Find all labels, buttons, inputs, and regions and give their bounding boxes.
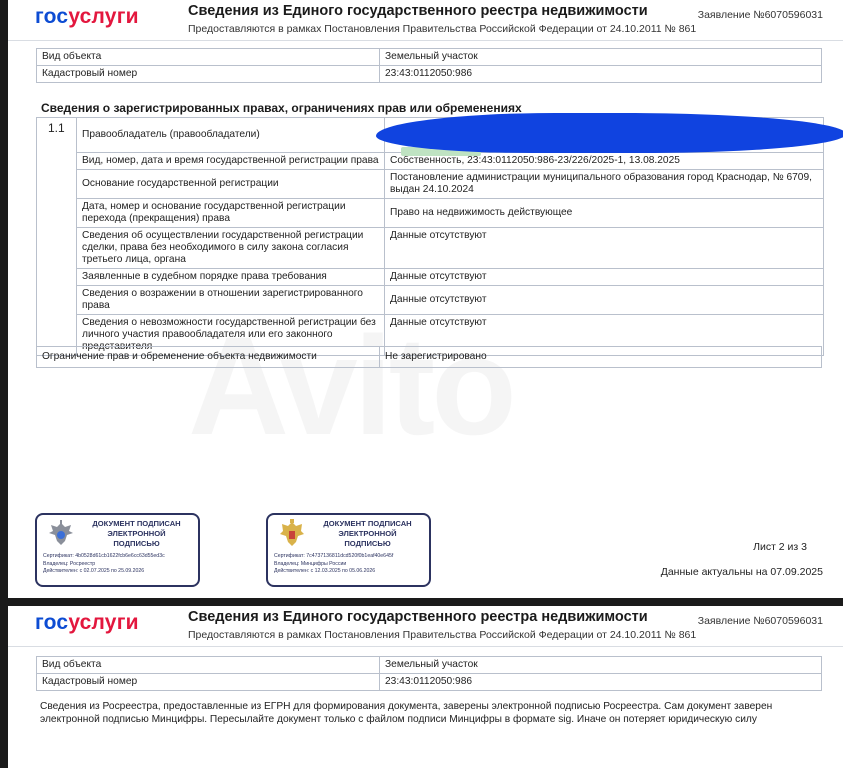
- stamp-validity: Действителен: с 12.03.2025 по 05.06.2026: [274, 568, 425, 576]
- signature-note: Сведения из Росреестра, предоставленные …: [40, 700, 830, 726]
- stamp-owner: Владелец: Минцифры России: [274, 561, 425, 569]
- object-type-label: Вид объекта: [37, 49, 380, 66]
- table-row: Дата, номер и основание государственной …: [77, 198, 823, 227]
- right-holder-label: Правообладатель (правообладатели): [77, 118, 385, 152]
- stamp-validity: Действителен: с 02.07.2025 по 25.09.2026: [43, 568, 194, 576]
- stamp-details: Сертификат: 7c4737136811dcd520f0b1eaf40e…: [274, 553, 425, 576]
- application-number: Заявление №6070596031: [698, 615, 823, 627]
- cadastral-number-label: Кадастровый номер: [37, 66, 380, 83]
- table-row: Основание государственной регистрации По…: [77, 169, 823, 198]
- stamp-heading: ДОКУМЕНТ ПОДПИСАН ЭЛЕКТРОННОЙ ПОДПИСЬЮ: [310, 519, 425, 549]
- stamp-details: Сертификат: 4b0528d61cb1622fcb6e6cc63d55…: [43, 553, 194, 576]
- restriction-table: Ограничение прав и обременение объекта н…: [36, 346, 822, 368]
- object-type-label: Вид объекта: [37, 657, 380, 674]
- table-row: Вид объекта Земельный участок: [37, 49, 822, 66]
- basis-value: Постановление администрации муниципально…: [385, 169, 824, 198]
- table-row: Сведения об осуществлении государственно…: [77, 227, 823, 268]
- cadastral-number-value: 23:43:0112050:986: [380, 674, 822, 691]
- table-row: Заявленные в судебном порядке права треб…: [77, 268, 823, 285]
- data-actual-date: Данные актуальны на 07.09.2025: [661, 566, 823, 578]
- stamp-certificate: Сертификат: 4b0528d61cb1622fcb6e6cc63d55…: [43, 553, 194, 561]
- document-subtitle: Предоставляются в рамках Постановления П…: [188, 629, 696, 641]
- registration-label: Вид, номер, дата и время государственной…: [77, 152, 385, 169]
- document-title: Сведения из Единого государственного рее…: [188, 609, 648, 625]
- basis-label: Основание государственной регистрации: [77, 169, 385, 198]
- stamp-certificate: Сертификат: 7c4737136811dcd520f0b1eaf40e…: [274, 553, 425, 561]
- table-row: Вид объекта Земельный участок: [37, 657, 822, 674]
- redaction-scribble: [376, 113, 843, 153]
- transfer-label: Дата, номер и основание государственной …: [77, 198, 385, 227]
- rosreestr-eagle-icon: [47, 519, 75, 549]
- object-table: Вид объекта Земельный участок Кадастровы…: [36, 656, 822, 691]
- application-number: Заявление №6070596031: [698, 9, 823, 21]
- page-header: госуслуги Сведения из Единого государств…: [8, 0, 843, 41]
- table-row: Сведения о возражении в отношении зареги…: [77, 285, 823, 314]
- sheet-number: Лист 2 из 3: [753, 541, 807, 553]
- restriction-value: Не зарегистрировано: [380, 347, 822, 368]
- deal-without-consent-label: Сведения об осуществлении государственно…: [77, 227, 385, 268]
- object-table: Вид объекта Земельный участок Кадастровы…: [36, 48, 822, 83]
- gosuslugi-logo: госуслуги: [35, 5, 139, 29]
- objection-value: Данные отсутствуют: [385, 285, 824, 314]
- stamp-owner: Владелец: Росреестр: [43, 561, 194, 569]
- signature-stamp-mintsifry: ДОКУМЕНТ ПОДПИСАН ЭЛЕКТРОННОЙ ПОДПИСЬЮ С…: [266, 513, 431, 587]
- rights-section-title: Сведения о зарегистрированных правах, ог…: [41, 101, 522, 115]
- court-claims-value: Данные отсутствуют: [385, 268, 824, 285]
- object-type-value: Земельный участок: [380, 49, 822, 66]
- transfer-value: Право на недвижимость действующее: [385, 198, 824, 227]
- signature-stamp-rosreestr: ДОКУМЕНТ ПОДПИСАН ЭЛЕКТРОННОЙ ПОДПИСЬЮ С…: [35, 513, 200, 587]
- cadastral-number-value: 23:43:0112050:986: [380, 66, 822, 83]
- court-claims-label: Заявленные в судебном порядке права треб…: [77, 268, 385, 285]
- gosuslugi-logo: госуслуги: [35, 611, 139, 635]
- table-row: Кадастровый номер 23:43:0112050:986: [37, 674, 822, 691]
- page-header: госуслуги Сведения из Единого государств…: [8, 606, 843, 647]
- document-subtitle: Предоставляются в рамках Постановления П…: [188, 23, 696, 35]
- deal-without-consent-value: Данные отсутствуют: [385, 227, 824, 268]
- restriction-label: Ограничение прав и обременение объекта н…: [37, 347, 380, 368]
- table-row: Кадастровый номер 23:43:0112050:986: [37, 66, 822, 83]
- document-page-2: госуслуги Сведения из Единого государств…: [8, 606, 843, 768]
- object-type-value: Земельный участок: [380, 657, 822, 674]
- table-row: Ограничение прав и обременение объекта н…: [37, 347, 822, 368]
- stamp-heading: ДОКУМЕНТ ПОДПИСАН ЭЛЕКТРОННОЙ ПОДПИСЬЮ: [79, 519, 194, 549]
- rights-entry-number: 1.1: [37, 118, 77, 355]
- coat-of-arms-icon: [278, 519, 306, 549]
- document-title: Сведения из Единого государственного рее…: [188, 3, 648, 19]
- objection-label: Сведения о возражении в отношении зареги…: [77, 285, 385, 314]
- document-page-1: госуслуги Сведения из Единого государств…: [8, 0, 843, 598]
- cadastral-number-label: Кадастровый номер: [37, 674, 380, 691]
